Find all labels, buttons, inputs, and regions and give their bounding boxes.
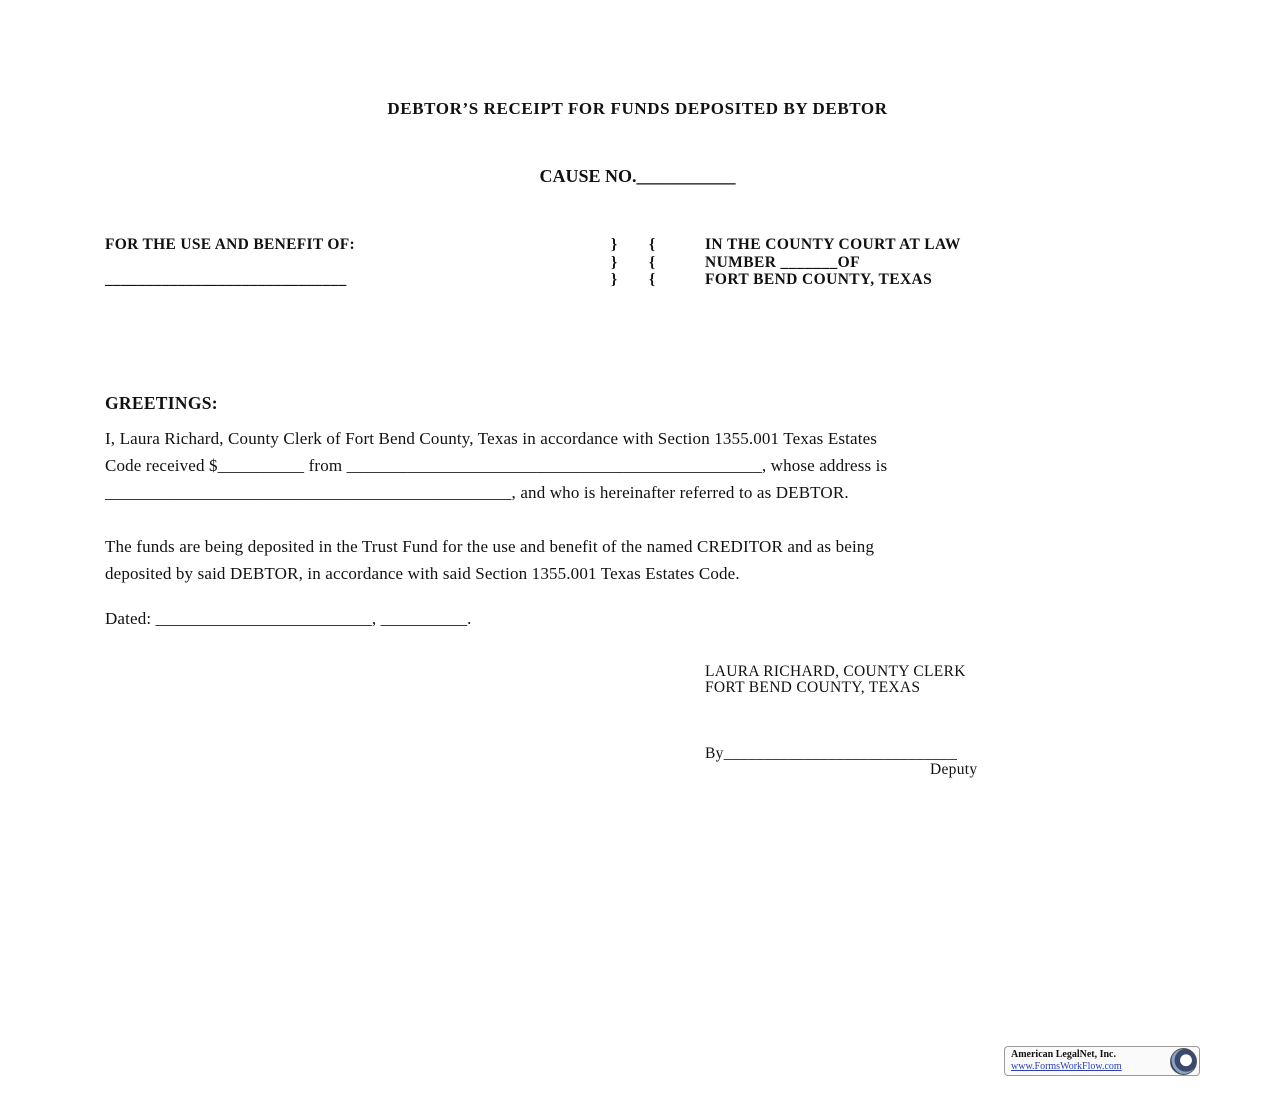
benefit-of-blank: ______________________________ bbox=[105, 271, 347, 289]
deputy-label: Deputy bbox=[930, 761, 977, 779]
paragraph-line: deposited by said DEBTOR, in accordance … bbox=[105, 564, 740, 584]
greeting-heading: GREETINGS: bbox=[105, 393, 218, 414]
benefit-of-label: FOR THE USE AND BENEFIT OF: bbox=[105, 236, 355, 254]
dated-line: Dated: _________________________, ______… bbox=[105, 609, 472, 629]
cause-number: CAUSE NO.___________ bbox=[0, 166, 1275, 187]
court-line: IN THE COUNTY COURT AT LAW bbox=[705, 236, 961, 254]
paragraph-line: ________________________________________… bbox=[105, 483, 849, 503]
caption-brace-right: } bbox=[611, 254, 617, 272]
clerk-county: FORT BEND COUNTY, TEXAS bbox=[705, 679, 920, 697]
footer-logo[interactable]: American LegalNet, Inc. www.FormsWorkFlo… bbox=[1004, 1046, 1200, 1076]
county-line: FORT BEND COUNTY, TEXAS bbox=[705, 271, 932, 289]
globe-icon bbox=[1170, 1048, 1197, 1075]
caption-brace-left: { bbox=[649, 271, 655, 289]
caption-brace-right: } bbox=[611, 271, 617, 289]
by-signature-line: By_____________________________ bbox=[705, 745, 957, 763]
caption-brace-right: } bbox=[611, 236, 617, 254]
paragraph-line: I, Laura Richard, County Clerk of Fort B… bbox=[105, 429, 877, 449]
logo-url-link[interactable]: www.FormsWorkFlow.com bbox=[1011, 1061, 1122, 1072]
logo-company-name: American LegalNet, Inc. bbox=[1011, 1049, 1116, 1060]
document-title: DEBTOR’S RECEIPT FOR FUNDS DEPOSITED BY … bbox=[0, 99, 1275, 119]
court-number-line: NUMBER _______OF bbox=[705, 254, 860, 272]
paragraph-line: Code received $__________ from _________… bbox=[105, 456, 887, 476]
caption-brace-left: { bbox=[649, 254, 655, 272]
paragraph-line: The funds are being deposited in the Tru… bbox=[105, 537, 874, 557]
caption-brace-left: { bbox=[649, 236, 655, 254]
